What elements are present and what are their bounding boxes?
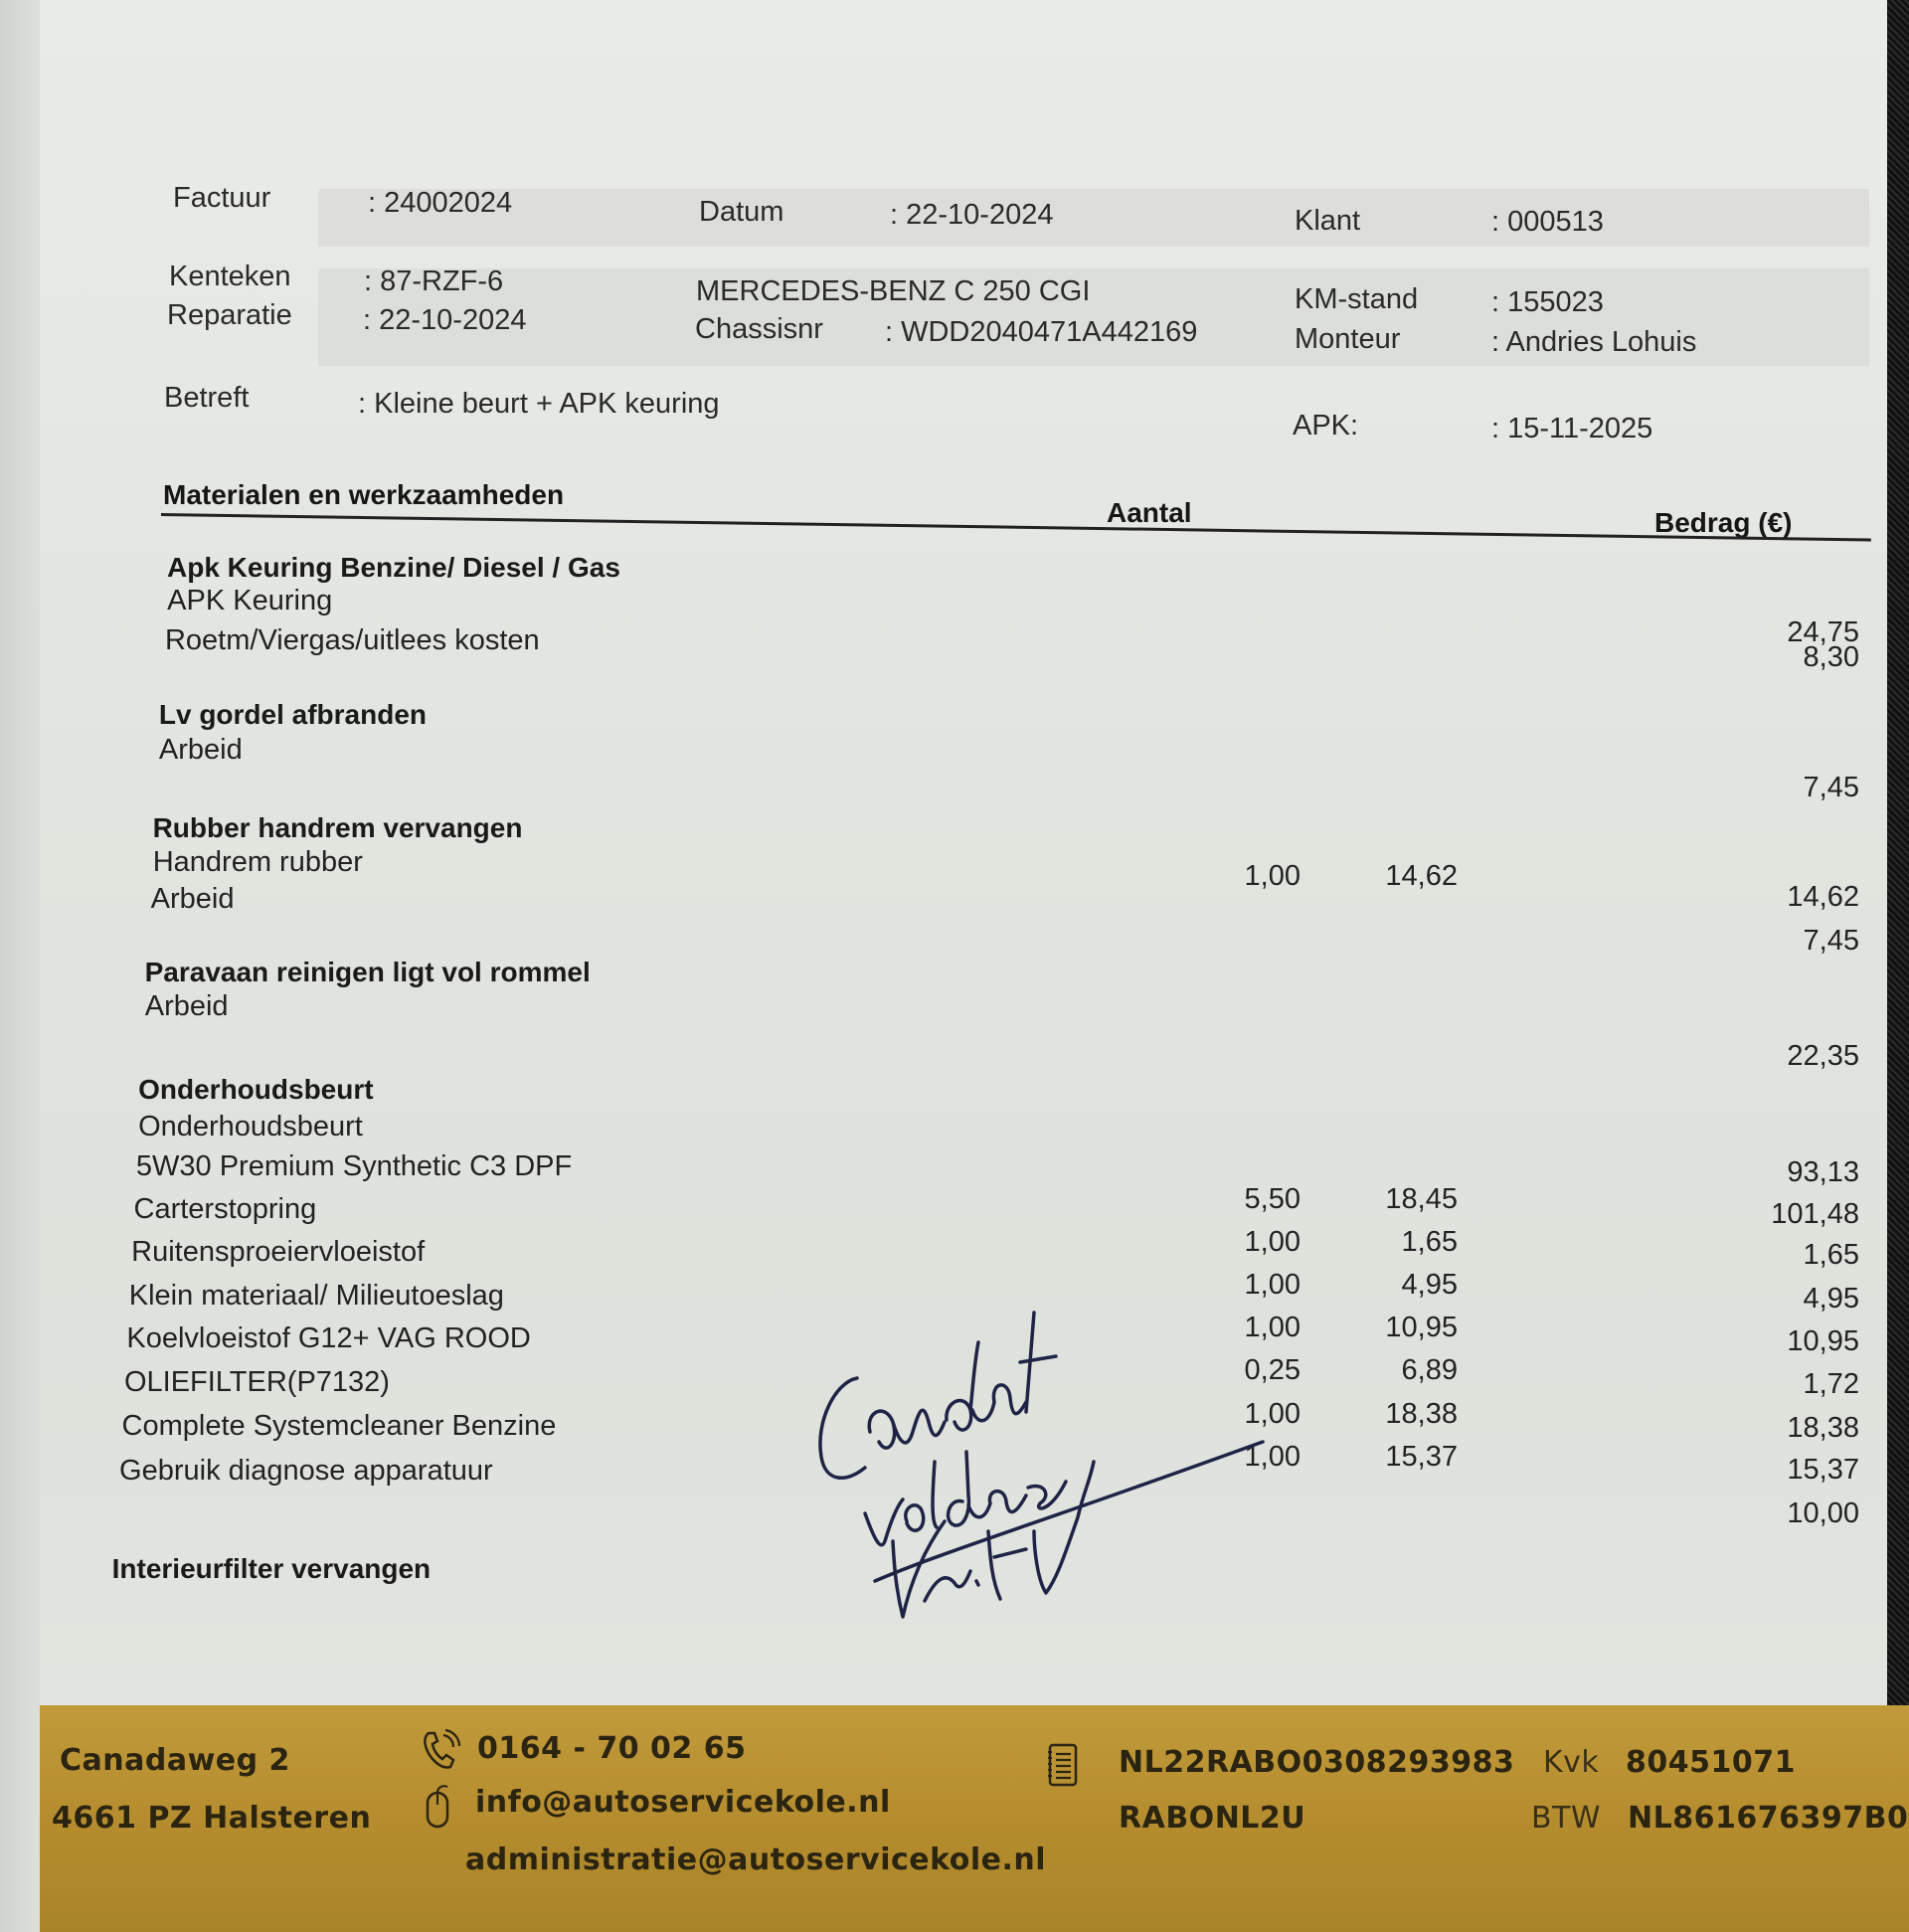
line-amount: 7,45 (1720, 925, 1859, 958)
line-unit-price: 6,89 (1318, 1354, 1458, 1387)
footer-city: 4661 PZ Halsteren (52, 1801, 371, 1836)
apk-label: APK: (1293, 410, 1358, 442)
footer-email-admin[interactable]: administratie@autoservicekole.nl (465, 1843, 1046, 1877)
line-quantity: 5,50 (1161, 1183, 1301, 1216)
line-description: APK Keuring (167, 585, 332, 617)
line-amount: 93,13 (1720, 1156, 1859, 1189)
line-amount: 14,62 (1720, 881, 1859, 914)
line-amount: 10,00 (1720, 1497, 1859, 1530)
line-description: Koelvloeistof G12+ VAG ROOD (126, 1322, 530, 1355)
invoice-paper: Factuur : 24002024 Datum : 22-10-2024 Kl… (40, 0, 1887, 1932)
line-description: Carterstopring (134, 1193, 317, 1226)
header-rule (161, 513, 1871, 542)
line-unit-price: 4,95 (1318, 1269, 1458, 1302)
company-footer: Canadaweg 2 4661 PZ Halsteren 0164 - 70 … (40, 1705, 1909, 1932)
klant-label: Klant (1295, 205, 1360, 238)
datum-label: Datum (699, 196, 783, 229)
line-description: Roetm/Viergas/uitlees kosten (165, 624, 540, 657)
line-unit-price: 18,38 (1318, 1398, 1458, 1431)
line-amount: 18,38 (1720, 1412, 1859, 1445)
col-description-header: Materialen en werkzaamheden (163, 479, 564, 511)
group-title: Paravaan reinigen ligt vol rommel (145, 957, 591, 988)
mouse-icon (422, 1783, 455, 1833)
klant-value: : 000513 (1491, 206, 1604, 239)
monteur-value: : Andries Lohuis (1491, 326, 1696, 359)
chassisnr-label: Chassisnr (695, 313, 823, 346)
line-quantity: 1,00 (1161, 1226, 1301, 1259)
group-title: Interieurfilter vervangen (112, 1553, 432, 1585)
line-amount: 22,35 (1720, 1040, 1859, 1073)
line-amount: 4,95 (1720, 1283, 1859, 1316)
line-unit-price: 15,37 (1318, 1441, 1458, 1474)
reparatie-label: Reparatie (167, 299, 292, 332)
line-description: Arbeid (151, 883, 235, 916)
header-band (318, 189, 1869, 247)
monteur-label: Monteur (1295, 323, 1400, 356)
line-description: Onderhoudsbeurt (138, 1111, 363, 1143)
line-amount: 1,65 (1720, 1239, 1859, 1272)
col-amount-header: Bedrag (€) (1654, 507, 1792, 539)
footer-kvk-label: Kvk (1543, 1745, 1599, 1780)
kenteken-label: Kenteken (169, 261, 291, 293)
km-stand-label: KM-stand (1295, 283, 1418, 316)
line-amount: 8,30 (1720, 641, 1859, 674)
line-description: Handrem rubber (153, 846, 363, 879)
group-title: Apk Keuring Benzine/ Diesel / Gas (167, 552, 620, 584)
betreft-label: Betreft (164, 382, 249, 415)
line-description: Ruitensproeiervloeistof (131, 1236, 425, 1269)
group-title: Onderhoudsbeurt (138, 1074, 373, 1106)
line-amount: 10,95 (1720, 1325, 1859, 1358)
phone-icon (420, 1727, 461, 1771)
vehicle-model: MERCEDES-BENZ C 250 CGI (696, 275, 1090, 308)
line-amount: 7,45 (1720, 772, 1859, 804)
bank-document-icon (1046, 1742, 1080, 1788)
footer-bic: RABONL2U (1119, 1801, 1305, 1836)
line-quantity: 1,00 (1161, 860, 1301, 893)
group-title: Lv gordel afbranden (159, 699, 427, 731)
footer-phone[interactable]: 0164 - 70 02 65 (477, 1731, 746, 1766)
footer-btw-label: BTW (1531, 1801, 1601, 1836)
line-description: Arbeid (159, 734, 243, 767)
line-unit-price: 10,95 (1318, 1312, 1458, 1344)
line-description: OLIEFILTER(P7132) (124, 1366, 390, 1399)
line-description: Klein materiaal/ Milieutoeslag (129, 1280, 504, 1313)
col-quantity-header: Aantal (1107, 497, 1192, 529)
line-description: Complete Systemcleaner Benzine (122, 1410, 557, 1443)
underlying-page-edge (0, 0, 42, 1932)
line-amount: 15,37 (1720, 1454, 1859, 1487)
line-amount: 1,72 (1720, 1368, 1859, 1401)
footer-iban: NL22RABO0308293983 (1119, 1745, 1514, 1780)
datum-value: : 22-10-2024 (890, 199, 1053, 232)
km-stand-value: : 155023 (1491, 286, 1604, 319)
line-amount: 101,48 (1720, 1198, 1859, 1231)
footer-email-info[interactable]: info@autoservicekole.nl (475, 1785, 891, 1820)
desk-background (1884, 0, 1909, 1932)
line-description: Gebruik diagnose apparatuur (119, 1455, 493, 1488)
apk-value: : 15-11-2025 (1491, 413, 1652, 445)
chassisnr-value: : WDD2040471A442169 (885, 316, 1197, 349)
line-unit-price: 18,45 (1318, 1183, 1458, 1216)
factuur-value: : 24002024 (368, 187, 512, 220)
group-title: Rubber handrem vervangen (153, 812, 523, 844)
line-unit-price: 14,62 (1318, 860, 1458, 893)
line-description: Arbeid (145, 990, 229, 1023)
footer-kvk-value: 80451071 (1626, 1745, 1796, 1780)
kenteken-value: : 87-RZF-6 (364, 265, 503, 298)
handwritten-paid-note (795, 1283, 1273, 1621)
reparatie-value: : 22-10-2024 (363, 304, 526, 337)
betreft-value: : Kleine beurt + APK keuring (358, 388, 720, 421)
footer-btw-value: NL861676397B01 (1628, 1801, 1909, 1836)
footer-street: Canadaweg 2 (60, 1743, 290, 1778)
line-description: 5W30 Premium Synthetic C3 DPF (136, 1150, 572, 1183)
line-unit-price: 1,65 (1318, 1226, 1458, 1259)
factuur-label: Factuur (173, 182, 270, 215)
